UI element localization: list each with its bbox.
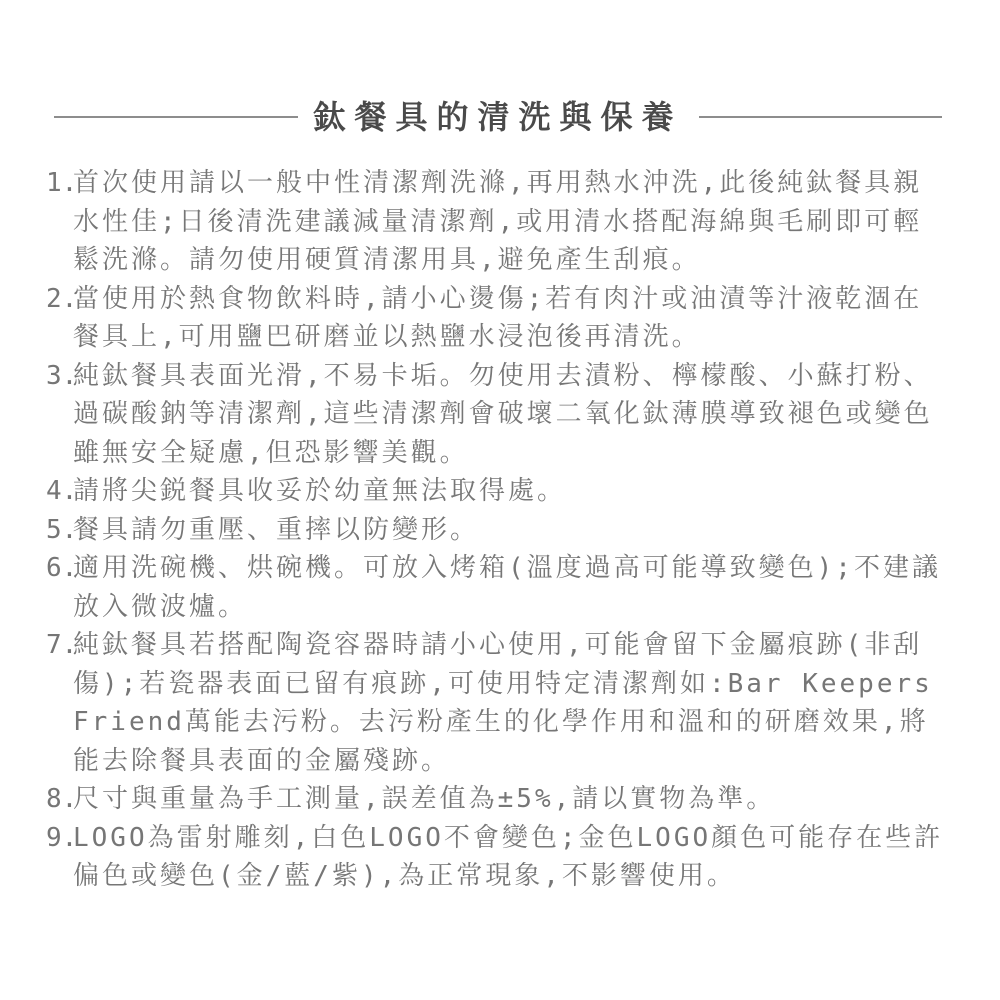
- care-list-item-6: 6. 適用洗碗機、烘碗機。可放入烤箱(溫度過高可能導致變色);不建議放入微波爐。: [46, 549, 950, 626]
- care-list-item-9: 9. LOGO為雷射雕刻,白色LOGO不會變色;金色LOGO顏色可能存在些許偏色…: [46, 819, 950, 896]
- item-text: 純鈦餐具若搭配陶瓷容器時請小心使用,可能會留下金屬痕跡(非刮傷);若瓷器表面已留…: [73, 630, 933, 776]
- item-number: 1.: [46, 164, 77, 203]
- page-title: 鈦餐具的清洗與保養: [314, 96, 683, 138]
- care-list-item-1: 1. 首次使用請以一般中性清潔劑洗滌,再用熱水沖洗,此後純鈦餐具親水性佳;日後清…: [46, 164, 950, 280]
- item-number: 7.: [46, 626, 77, 665]
- item-text: 尺寸與重量為手工測量,誤差值為±5%,請以實物為準。: [73, 784, 775, 814]
- item-number: 2.: [46, 280, 77, 319]
- care-list-item-8: 8. 尺寸與重量為手工測量,誤差值為±5%,請以實物為準。: [46, 780, 950, 819]
- item-number: 3.: [46, 357, 77, 396]
- item-text: LOGO為雷射雕刻,白色LOGO不會變色;金色LOGO顏色可能存在些許偏色或變色…: [73, 823, 943, 892]
- care-instruction-list: 1. 首次使用請以一般中性清潔劑洗滌,再用熱水沖洗,此後純鈦餐具親水性佳;日後清…: [46, 164, 950, 896]
- title-row: 鈦餐具的清洗與保養: [54, 96, 942, 138]
- title-rule-right: [699, 116, 943, 118]
- item-text: 請將尖鋭餐具收妥於幼童無法取得處。: [73, 476, 566, 506]
- item-number: 6.: [46, 549, 77, 588]
- care-list-item-4: 4. 請將尖鋭餐具收妥於幼童無法取得處。: [46, 472, 950, 511]
- item-number: 4.: [46, 472, 77, 511]
- item-text: 適用洗碗機、烘碗機。可放入烤箱(溫度過高可能導致變色);不建議放入微波爐。: [73, 553, 941, 622]
- item-text: 純鈦餐具表面光滑,不易卡垢。勿使用去漬粉、檸檬酸、小蘇打粉、過碳酸鈉等清潔劑,這…: [73, 361, 933, 468]
- title-rule-left: [54, 116, 298, 118]
- item-number: 9.: [46, 819, 77, 858]
- care-instructions-page: 鈦餐具的清洗與保養 1. 首次使用請以一般中性清潔劑洗滌,再用熱水沖洗,此後純鈦…: [0, 0, 1000, 1000]
- item-text: 餐具請勿重壓、重摔以防變形。: [73, 515, 479, 545]
- care-list-item-3: 3. 純鈦餐具表面光滑,不易卡垢。勿使用去漬粉、檸檬酸、小蘇打粉、過碳酸鈉等清潔…: [46, 357, 950, 473]
- care-list-item-5: 5. 餐具請勿重壓、重摔以防變形。: [46, 511, 950, 550]
- item-number: 8.: [46, 780, 77, 819]
- item-text: 首次使用請以一般中性清潔劑洗滌,再用熱水沖洗,此後純鈦餐具親水性佳;日後清洗建議…: [73, 168, 922, 275]
- care-list-item-7: 7. 純鈦餐具若搭配陶瓷容器時請小心使用,可能會留下金屬痕跡(非刮傷);若瓷器表…: [46, 626, 950, 780]
- item-text: 當使用於熱食物飲料時,請小心燙傷;若有肉汁或油漬等汁液乾涸在餐具上,可用鹽巴研磨…: [73, 284, 922, 353]
- item-number: 5.: [46, 511, 77, 550]
- care-list-item-2: 2. 當使用於熱食物飲料時,請小心燙傷;若有肉汁或油漬等汁液乾涸在餐具上,可用鹽…: [46, 280, 950, 357]
